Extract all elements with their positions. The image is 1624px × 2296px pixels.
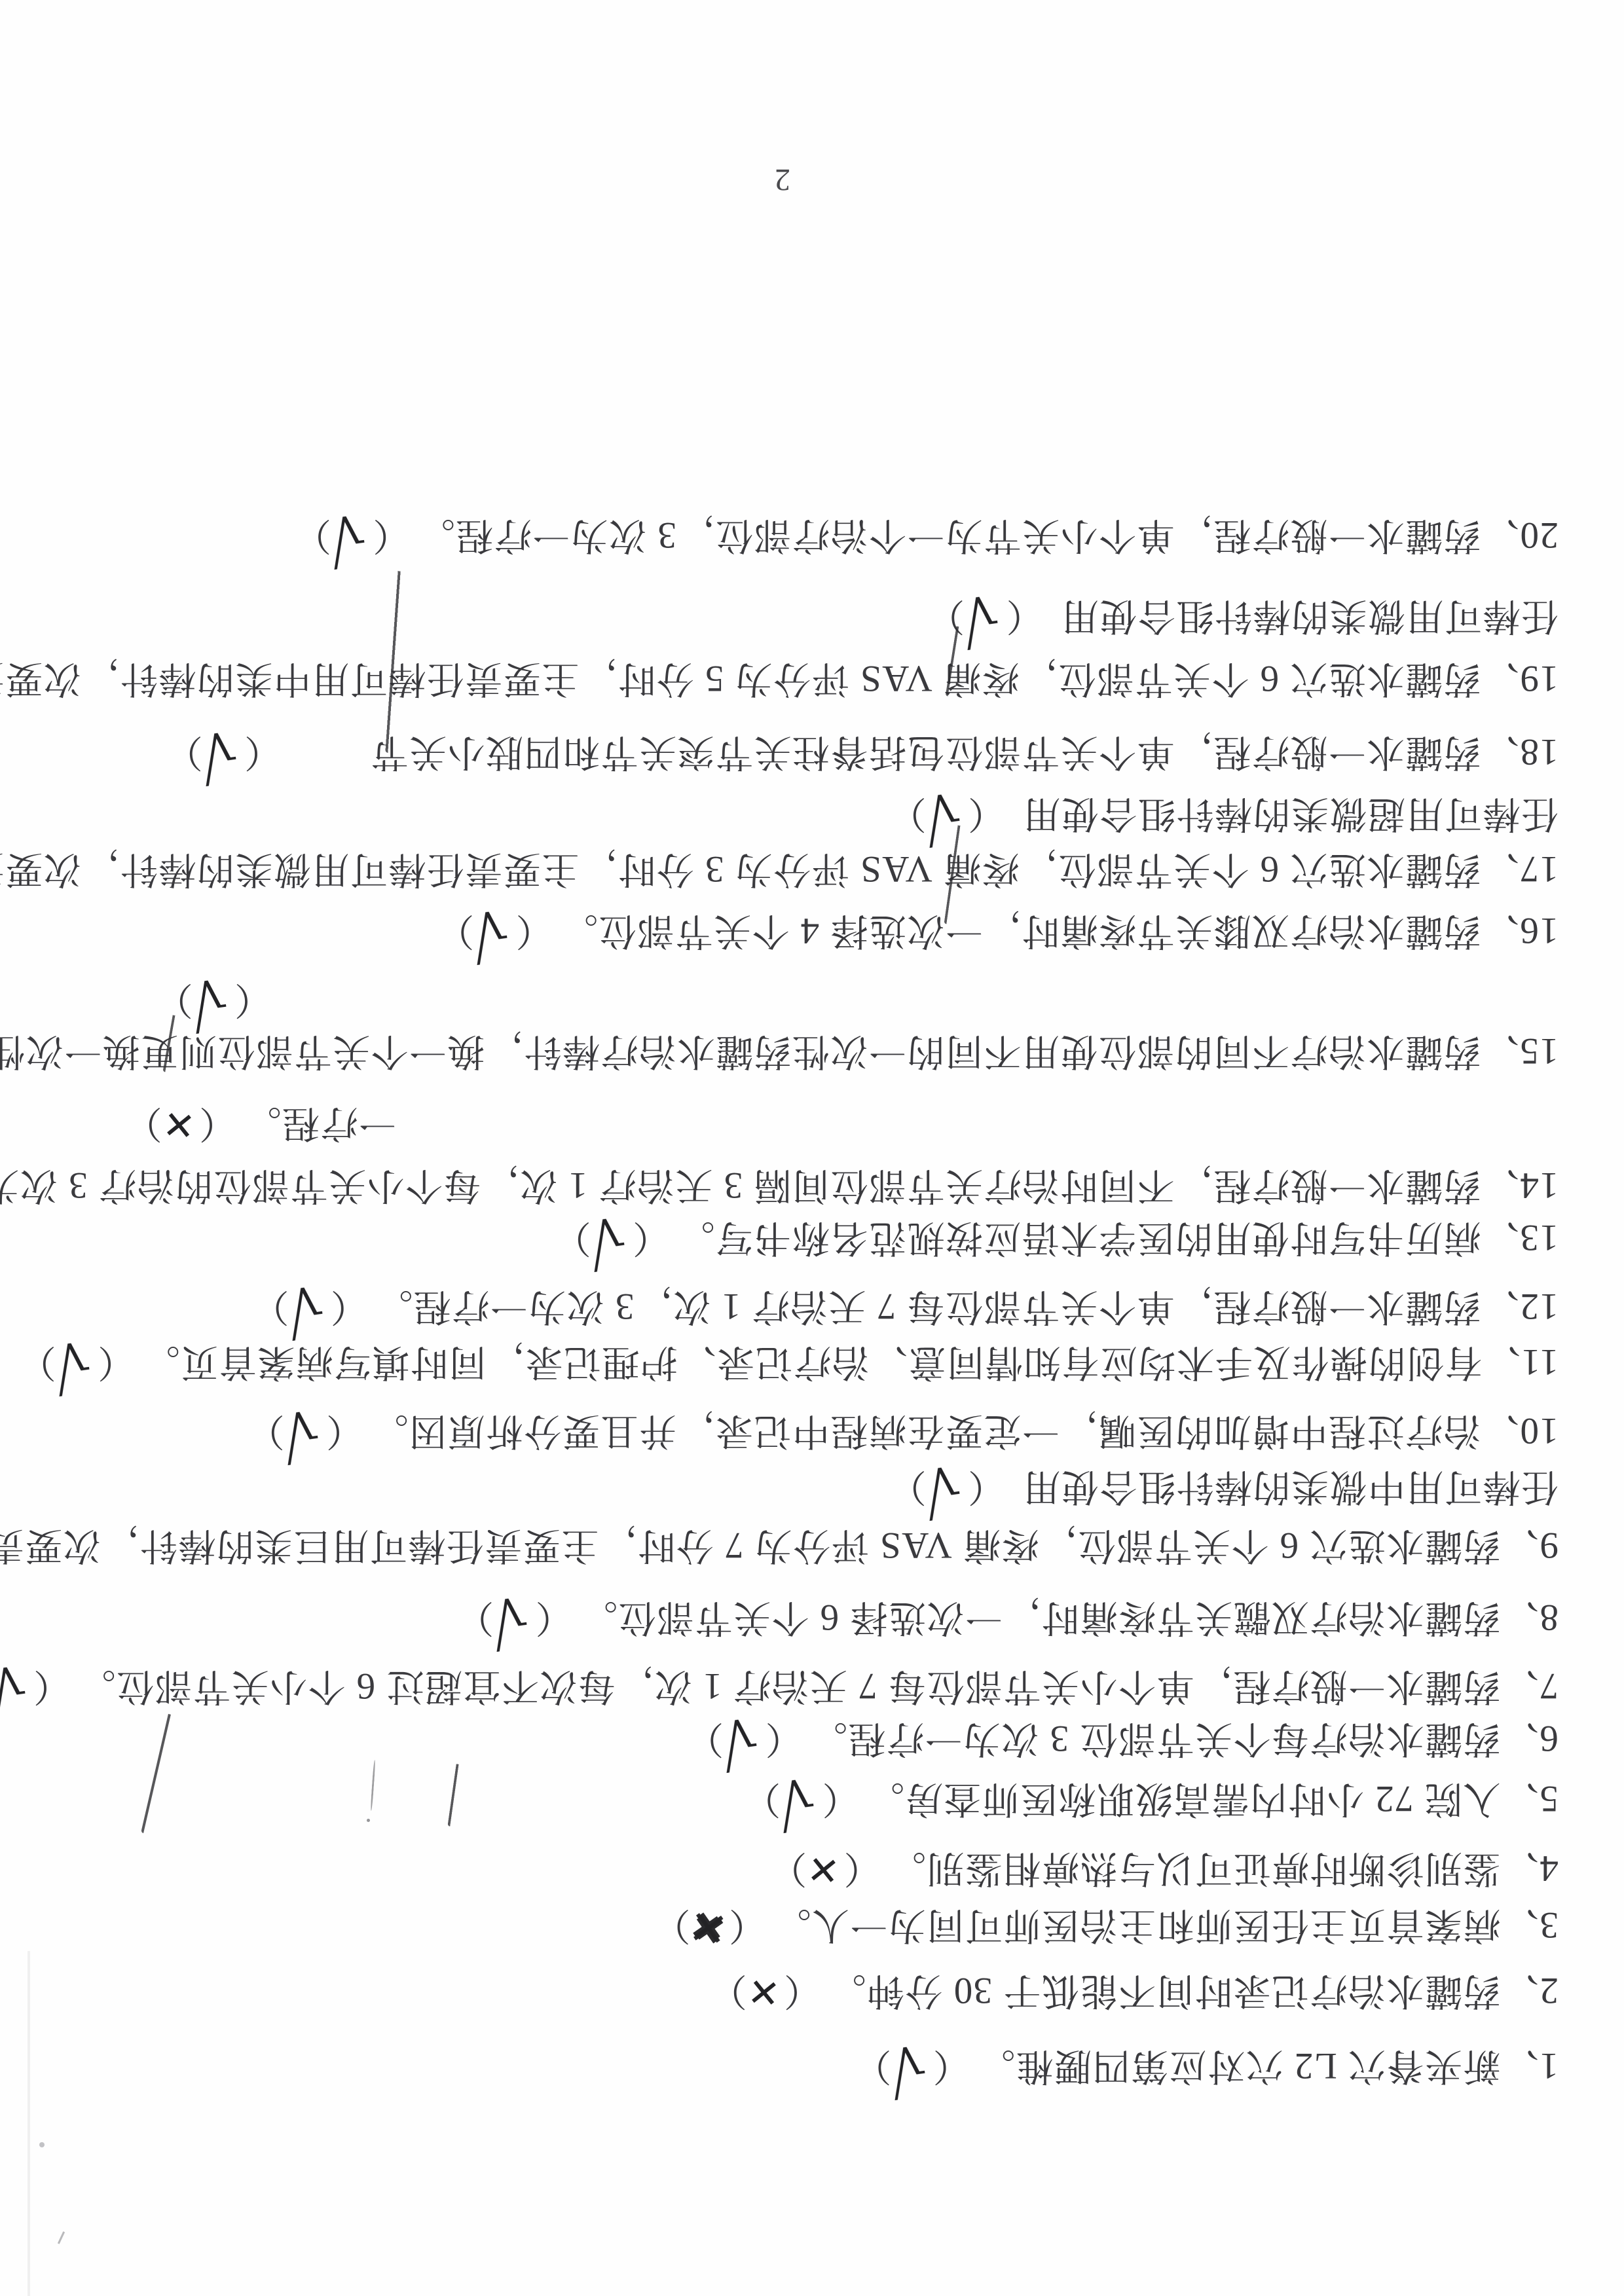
quiz-item-2: 2、药罐水治疗记录时间不能低于 30 分钟。（×） <box>52 1960 1559 2020</box>
answer-mark-17: （√） <box>884 783 1005 843</box>
check-mark-icon: √ <box>722 1739 758 1744</box>
paren: （ <box>724 1904 766 1946</box>
check-mark-icon: √ <box>963 616 999 621</box>
paren: ） <box>884 793 927 834</box>
quiz-item-8-text: 8、药罐水治疗双髋关节疼痛时，一次选择 6 个关节部位。 <box>580 1597 1559 1638</box>
quiz-item-4: 4、鉴别诊断时痹证可以与热痹相鉴别。（×） <box>52 1838 1559 1898</box>
quiz-item-15: 15、药罐水治疗不同的部位使用不同的一次性药罐水治疗棒针，换一个关节部位则更换一… <box>52 1021 1559 1081</box>
paren: ） <box>120 1102 162 1144</box>
paren: ） <box>648 1904 690 1946</box>
paren: （ <box>229 979 272 1020</box>
paren: ） <box>884 1466 927 1507</box>
paren: （ <box>239 731 282 773</box>
scanned-quiz-page: 2 1、新夹脊穴 L2 穴对应第四腰椎。（√） 2、药罐水治疗记录时间不能低于 … <box>0 0 1624 2296</box>
answer-mark-7: （√） <box>0 1656 71 1716</box>
paren: ） <box>451 1597 494 1638</box>
quiz-item-14-text: 14、药罐水一般疗程，不同时治疗关节部位间隔 3 天治疗 1 次，每个小关节部位… <box>0 1165 1559 1206</box>
quiz-item-7: 7、药罐水一般疗程，单个小关节部位每 7 天治疗 1 次，每次不宜超过 6 个小… <box>52 1656 1559 1716</box>
scan-artifact <box>367 1819 370 1822</box>
paren: （ <box>928 2045 970 2086</box>
quiz-item-16: 16、药罐水治疗双膝关节疼痛时，一次选择 4 个关节部位。（√） <box>52 900 1559 960</box>
paren: （ <box>1001 595 1044 636</box>
quiz-item-16-text: 16、药罐水治疗双膝关节疼痛时，一次选择 4 个关节部位。 <box>560 910 1559 951</box>
quiz-item-3-text: 3、病案首页主任医师和主治医师可同为一人。 <box>773 1904 1559 1946</box>
paren: （ <box>367 515 410 556</box>
quiz-item-8: 8、药罐水治疗双髋关节疼痛时，一次选择 6 个关节部位。（√） <box>52 1587 1559 1647</box>
paren: ） <box>14 1341 56 1383</box>
quiz-item-17: 17、药罐水选穴 6 个关节部位，疼痛 VAS 评分为 3 分时，主要责任棒可用… <box>52 839 1559 899</box>
paren: （ <box>963 793 1005 834</box>
quiz-item-11-text: 11、有创的操作及手术均应有知情同意、治疗记录、护理记录，同时填写病案首页。 <box>141 1341 1559 1383</box>
paren: （ <box>760 1718 803 1759</box>
quiz-item-19: 19、药罐水选穴 6 个关节部位，疼痛 VAS 评分为 5 分时，主要责任棒可用… <box>52 648 1559 708</box>
check-mark-icon: √ <box>201 752 237 757</box>
quiz-item-9-continuation: 任棒可用中微类的棒针组合使用（√） <box>52 1456 1559 1516</box>
quiz-item-19-continuation: 任棒可用微类的棒针组合使用（√） <box>52 585 1559 646</box>
answer-mark-15: （√） <box>151 969 272 1029</box>
quiz-item-10: 10、治疗过程中增加的医嘱，一定要在病程中记录，并且要分析原因。（√） <box>52 1400 1559 1461</box>
scan-artifact <box>39 2142 45 2147</box>
answer-mark-11: （√） <box>14 1332 135 1392</box>
quiz-item-15-continuation: （√） <box>134 969 272 1029</box>
paren: ） <box>549 1217 591 1258</box>
answer-mark-8: （√） <box>451 1587 572 1647</box>
cross-mark-icon: × <box>163 1123 194 1127</box>
quiz-item-13: 13、病历书写时使用的医学术语应按规范名称书写。（√） <box>52 1207 1559 1267</box>
paren: （ <box>627 1217 670 1258</box>
quiz-item-11: 11、有创的操作及手术均应有知情同意、治疗记录、护理记录，同时填写病案首页。（√… <box>52 1332 1559 1392</box>
paren: （ <box>530 1597 573 1638</box>
answer-mark-4: （×） <box>764 1838 881 1898</box>
paren: ） <box>151 979 193 1020</box>
quiz-item-5-text: 5、入院 72 小时内需高级职称医师查房。 <box>866 1778 1559 1819</box>
check-mark-icon: √ <box>283 1431 319 1436</box>
quiz-item-9: 9、药罐水选穴 6 个关节部位，疼痛 VAS 评分为 7 分时，主要责任棒可用巨… <box>52 1515 1559 1575</box>
answer-mark-12: （√） <box>246 1276 367 1336</box>
paper-fold-shadow <box>28 1951 30 2296</box>
quiz-item-12-text: 12、药罐水一般疗程，单个关节部位每 7 天治疗 1 次，3 次为一疗程。 <box>375 1286 1559 1327</box>
quiz-item-14-continuation: 一疗程。（×） <box>141 1093 396 1153</box>
answer-mark-5: （√） <box>738 1768 859 1829</box>
quiz-item-7-text: 7、药罐水一般疗程，单个小关节部位每 7 天治疗 1 次，每次不宜超过 6 个小… <box>77 1666 1559 1707</box>
answer-mark-19: （√） <box>922 585 1043 646</box>
quiz-item-20-text: 20、药罐水一般疗程，单个小关节为一个治疗部位，3 次为一疗程。 <box>416 515 1559 556</box>
quiz-item-17-text2: 任棒可用超微类的棒针组合使用 <box>1022 793 1559 834</box>
quiz-item-13-text: 13、病历书写时使用的医学术语应按规范名称书写。 <box>676 1217 1559 1258</box>
quiz-item-1: 1、新夹脊穴 L2 穴对应第四腰椎。（√） <box>52 2035 1559 2096</box>
answer-mark-16: （√） <box>432 900 553 960</box>
paren: （ <box>817 1778 860 1819</box>
paren: ） <box>432 910 474 951</box>
quiz-item-6-text: 6、药罐水治疗每个关节部位 3 次为一疗程。 <box>809 1718 1559 1759</box>
check-mark-icon: √ <box>589 1238 625 1243</box>
quiz-item-19-text2: 任棒可用微类的棒针组合使用 <box>1061 595 1559 636</box>
quiz-item-14-text2: 一疗程。 <box>243 1102 396 1144</box>
answer-mark-13: （√） <box>549 1207 670 1267</box>
paren: ） <box>681 1718 724 1759</box>
page-number: 2 <box>753 152 812 198</box>
paren: （ <box>839 1848 881 1889</box>
answer-mark-14: （×） <box>120 1093 236 1153</box>
answer-mark-20: （√） <box>289 505 410 565</box>
paren: （ <box>963 1466 1005 1507</box>
check-mark-icon: √ <box>779 1799 815 1804</box>
check-mark-icon: √ <box>287 1307 323 1312</box>
paren: ） <box>764 1848 807 1889</box>
check-mark-icon: √ <box>925 814 961 819</box>
cross-mark-icon: × <box>748 1991 779 1994</box>
quiz-item-9-text: 9、药罐水选穴 6 个关节部位，疼痛 VAS 评分为 7 分时，主要责任棒可用巨… <box>0 1525 1559 1566</box>
quiz-item-18-text: 18、药罐水一般疗程，单个关节部位包括脊柱关节突关节和四肢小关节 <box>370 731 1559 773</box>
quiz-item-15-text: 15、药罐水治疗不同的部位使用不同的一次性药罐水治疗棒针，换一个关节部位则更换一… <box>0 1030 1559 1072</box>
check-mark-icon: √ <box>472 931 508 936</box>
answer-mark-1: （√） <box>849 2035 970 2096</box>
quiz-item-10-text: 10、治疗过程中增加的医嘱，一定要在病程中记录，并且要分析原因。 <box>370 1410 1559 1451</box>
scribbled-cross-mark-icon: × <box>692 1925 724 1931</box>
quiz-item-2-text: 2、药罐水治疗记录时间不能低于 30 分钟。 <box>828 1970 1559 2011</box>
paren: （ <box>28 1666 71 1707</box>
paren: （ <box>321 1410 363 1451</box>
check-mark-icon: √ <box>54 1362 90 1368</box>
quiz-item-1-text: 1、新夹脊穴 L2 穴对应第四腰椎。 <box>977 2045 1559 2086</box>
check-mark-icon: √ <box>191 1000 227 1005</box>
check-mark-icon: √ <box>0 1686 26 1692</box>
paren: ） <box>738 1778 781 1819</box>
paren: （ <box>779 1970 821 2011</box>
quiz-item-4-text: 4、鉴别诊断时痹证可以与热痹相鉴别。 <box>888 1848 1559 1889</box>
quiz-item-19-text: 19、药罐水选穴 6 个关节部位，疼痛 VAS 评分为 5 分时，主要责任棒可用… <box>0 658 1559 699</box>
paren: ） <box>705 1970 747 2011</box>
answer-mark-6: （√） <box>681 1708 802 1768</box>
paren: （ <box>92 1341 135 1383</box>
quiz-item-17-text: 17、药罐水选穴 6 个关节部位，疼痛 VAS 评分为 3 分时，主要责任棒可用… <box>0 848 1559 890</box>
check-mark-icon: √ <box>889 2066 925 2071</box>
answer-mark-2: （×） <box>705 1960 821 2020</box>
check-mark-icon: √ <box>329 536 365 541</box>
paren: （ <box>325 1286 368 1327</box>
answer-mark-18: （√） <box>160 721 282 782</box>
check-mark-icon: √ <box>925 1487 961 1492</box>
scan-artifact <box>58 2231 65 2244</box>
paren: ） <box>849 2045 891 2086</box>
answer-mark-3: （×） <box>648 1895 766 1955</box>
paren: （ <box>511 910 553 951</box>
paren: （ <box>194 1102 236 1144</box>
quiz-item-20: 20、药罐水一般疗程，单个小关节为一个治疗部位，3 次为一疗程。（√） <box>52 505 1559 565</box>
quiz-item-6: 6、药罐水治疗每个关节部位 3 次为一疗程。（√） <box>52 1708 1559 1768</box>
cross-mark-icon: × <box>807 1868 839 1872</box>
quiz-item-12: 12、药罐水一般疗程，单个关节部位每 7 天治疗 1 次，3 次为一疗程。（√） <box>52 1276 1559 1336</box>
quiz-item-5: 5、入院 72 小时内需高级职称医师查房。（√） <box>52 1768 1559 1829</box>
quiz-item-14: 14、药罐水一般疗程，不同时治疗关节部位间隔 3 天治疗 1 次，每个小关节部位… <box>52 1155 1559 1215</box>
quiz-item-3: 3、病案首页主任医师和主治医师可同为一人。（×） <box>52 1895 1559 1955</box>
answer-mark-10: （√） <box>242 1400 363 1461</box>
answer-mark-9: （√） <box>884 1456 1005 1516</box>
paren: ） <box>289 515 331 556</box>
quiz-item-9-text2: 任棒可用中微类的棒针组合使用 <box>1022 1466 1559 1507</box>
paren: ） <box>246 1286 289 1327</box>
paren: ） <box>160 731 203 773</box>
paren: ） <box>242 1410 285 1451</box>
check-mark-icon: √ <box>492 1618 528 1623</box>
quiz-item-17-continuation: 任棒可用超微类的棒针组合使用（√） <box>52 783 1559 843</box>
quiz-item-18: 18、药罐水一般疗程，单个关节部位包括脊柱关节突关节和四肢小关节（√） <box>52 721 1559 782</box>
